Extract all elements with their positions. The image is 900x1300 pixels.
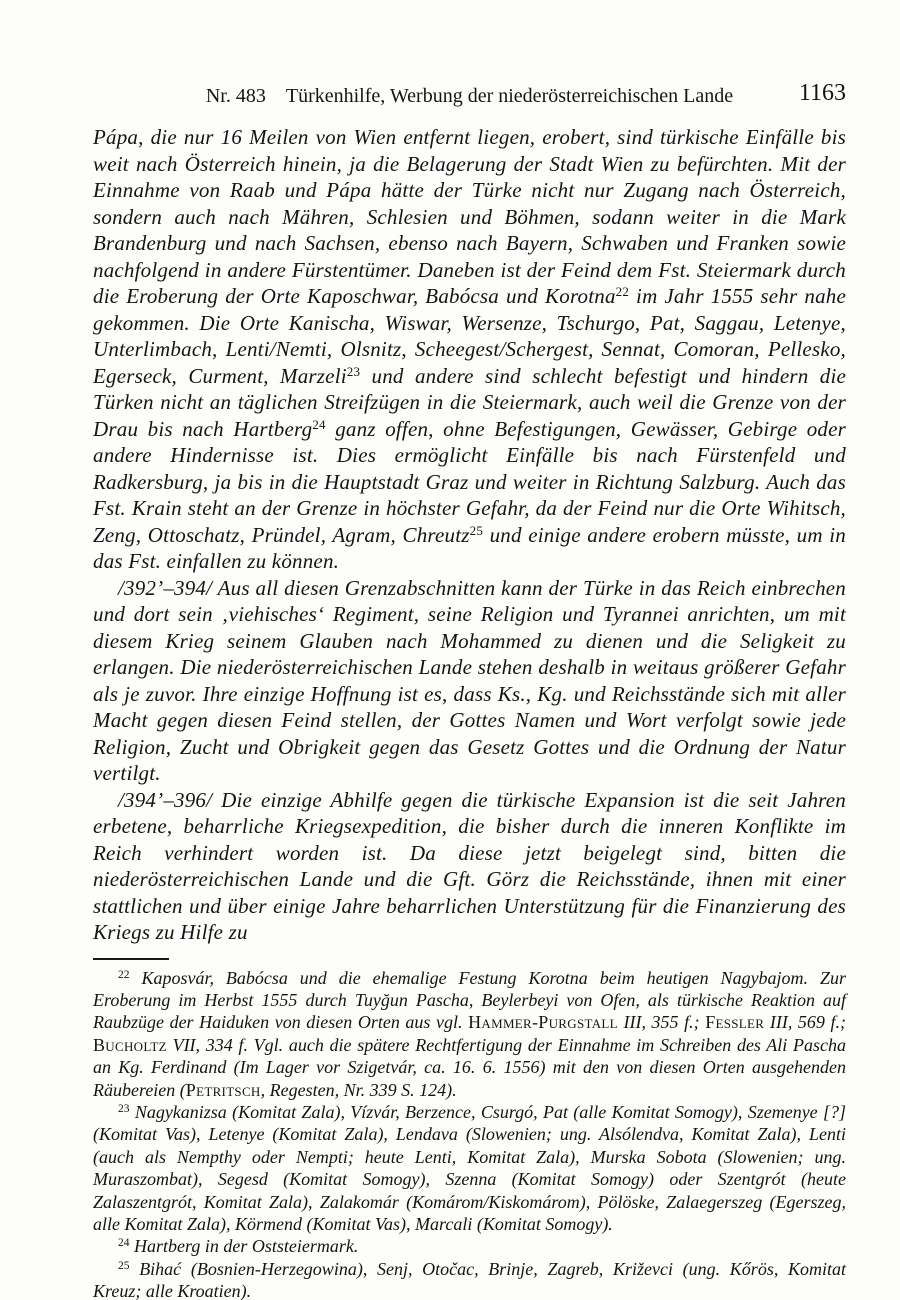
running-head-title: Türkenhilfe, Werbung der niederösterreic… xyxy=(286,85,733,107)
running-head: Nr. 483Türkenhilfe, Werbung der niederös… xyxy=(93,84,846,108)
footnote: 25 Bihać (Bosnien-Herzegowina), Senj, Ot… xyxy=(93,1258,846,1300)
footnote-number: 25 xyxy=(118,1260,130,1272)
footnote: 23 Nagykanizsa (Komitat Zala), Vízvár, B… xyxy=(93,1101,846,1235)
book-page: Nr. 483Türkenhilfe, Werbung der niederös… xyxy=(0,0,900,1300)
body-paragraph: /394’–396/ Die einzige Abhilfe gegen die… xyxy=(93,787,846,946)
text-run: Hartberg in der Oststeiermark. xyxy=(134,1236,358,1256)
text-run: Bihać (Bosnien-Herzegowina), Senj, Otoča… xyxy=(93,1259,846,1300)
page-content: Nr. 483Türkenhilfe, Werbung der niederös… xyxy=(93,84,846,1300)
text-run: /394’–396/ Die einzige Abhilfe gegen die… xyxy=(93,788,846,945)
author-name-smallcaps: Fessler xyxy=(705,1012,764,1032)
page-number: 1163 xyxy=(799,81,846,105)
text-run: Nagykanizsa (Komitat Zala), Vízvár, Berz… xyxy=(93,1102,846,1234)
author-name-smallcaps: Hammer-Purgstall xyxy=(468,1012,618,1032)
footnote-reference: 23 xyxy=(347,364,360,379)
footnote-reference: 25 xyxy=(470,523,483,538)
text-run: III, 569 f.; xyxy=(764,1012,846,1032)
footnote-separator xyxy=(93,958,169,960)
footnote: 22 Kaposvár, Babócsa und die ehemalige F… xyxy=(93,967,846,1101)
author-name-smallcaps: Petritsch xyxy=(186,1080,261,1100)
body-paragraph: Pápa, die nur 16 Meilen von Wien entfern… xyxy=(93,124,846,575)
footnote-number: 24 xyxy=(118,1237,130,1249)
footnotes: 22 Kaposvár, Babócsa und die ehemalige F… xyxy=(93,967,846,1300)
text-run: , Regesten, Nr. 339 S. 124). xyxy=(261,1080,457,1100)
text-run: III, 355 f.; xyxy=(618,1012,705,1032)
footnote: 24 Hartberg in der Oststeiermark. xyxy=(93,1235,846,1257)
body-paragraph: /392’–394/ Aus all diesen Grenzabschnitt… xyxy=(93,575,846,787)
footnote-number: 23 xyxy=(118,1103,130,1115)
footnote-number: 22 xyxy=(118,969,130,981)
text-run: /392’–394/ Aus all diesen Grenzabschnitt… xyxy=(93,576,846,786)
footnote-reference: 22 xyxy=(616,284,629,299)
document-number: Nr. 483 xyxy=(206,85,266,107)
author-name-smallcaps: Bucholtz xyxy=(93,1035,167,1055)
body-text: Pápa, die nur 16 Meilen von Wien entfern… xyxy=(93,124,846,946)
text-run: Pápa, die nur 16 Meilen von Wien entfern… xyxy=(93,125,846,308)
footnote-reference: 24 xyxy=(312,417,325,432)
